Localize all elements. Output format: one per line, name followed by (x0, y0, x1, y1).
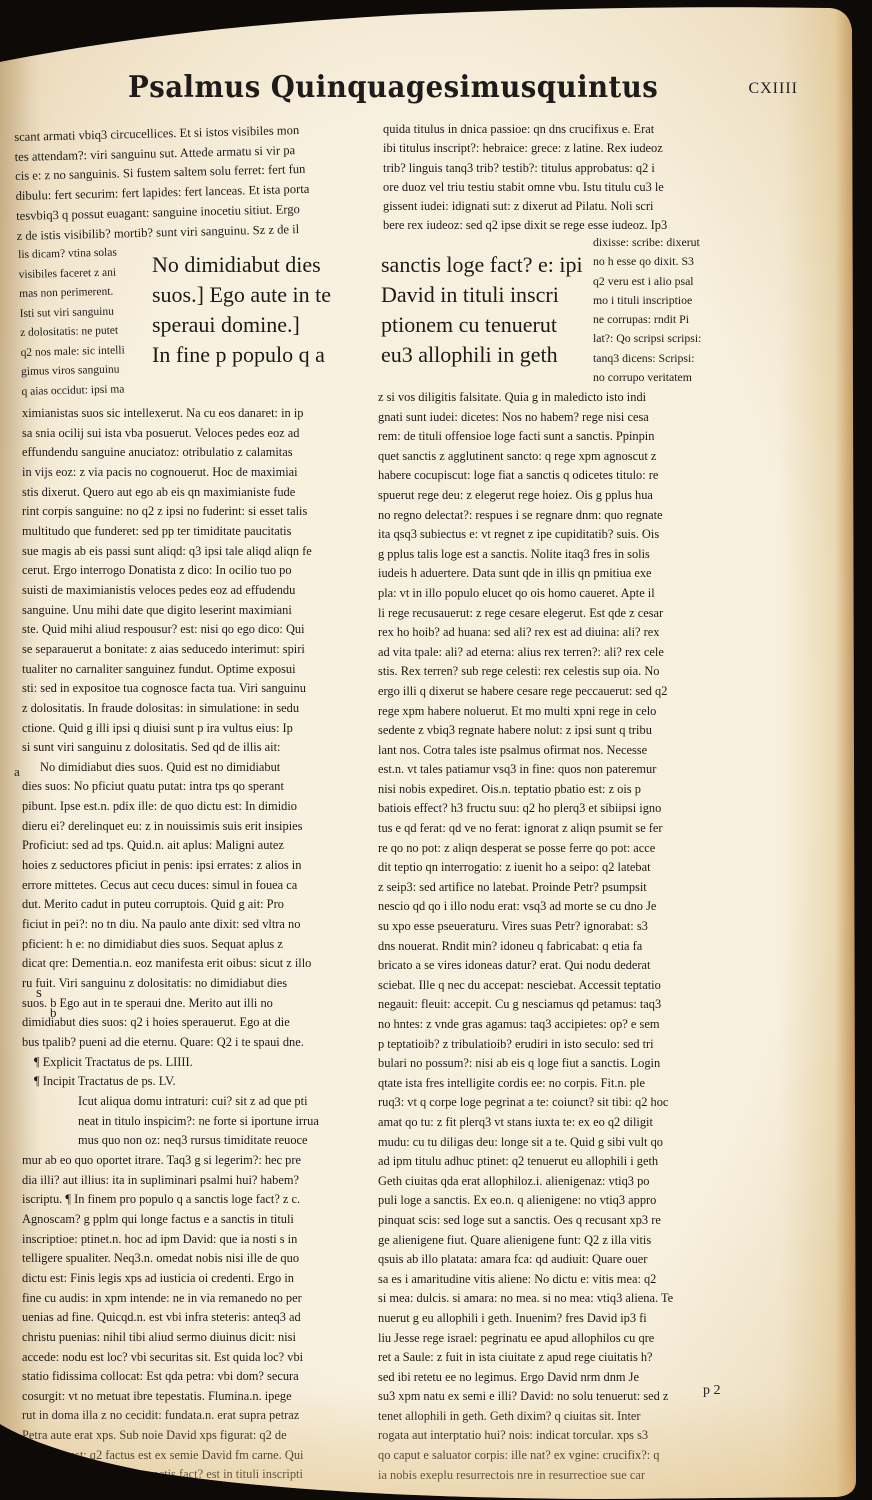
text-line: sed ibi retetu ee no legimus. Ergo David… (378, 1368, 673, 1388)
text-line: ste. Quid mihi aliud respousur? est: nis… (22, 620, 319, 640)
text-line: tus e qd ferat: qd ve no ferat: ignorat … (378, 819, 673, 839)
text-line: mudu: cu tu diligas deu: longe sit a te.… (378, 1133, 673, 1153)
text-line: tanq3 dicens: Scripsi: (593, 349, 701, 368)
text-line: dut. Merito cadut in puteu corruptois. Q… (22, 895, 319, 915)
text-line: mas non perimerent. (19, 282, 124, 304)
text-line: z dolositatis: ne putet (20, 321, 125, 343)
text-line: lant nos. Cotra tales iste psalmus ofirm… (378, 741, 673, 761)
margin-letter-a: a (14, 764, 20, 780)
text-line: rut in doma illa z no cecidit: fundata.n… (22, 1406, 319, 1426)
text-line: rex ho hoib? ad huana: sed ali? rex est … (378, 623, 673, 643)
text-line: ge alienigene fiut. Quare alienigene fun… (378, 1231, 673, 1251)
text-line: lis dicam? vtina solas (18, 243, 123, 265)
right-column-top-text: quida titulus in dnica passioe: qn dns c… (383, 120, 667, 236)
psalm-line: David in tituli inscri (381, 280, 583, 310)
text-line: ad ipm titulu adhuc ptinet: q2 tenuerut … (378, 1152, 673, 1172)
text-line: ia nobis exeplu resurrectois nre in resu… (378, 1466, 673, 1486)
right-narrow-commentary: dixisse: scribe: dixerut no h esse qo di… (593, 233, 701, 387)
text-line: Geth ciuitas qda erat allophiloz.i. alie… (378, 1172, 673, 1192)
text-line: rogata aut interptatio hui? nois: indica… (378, 1426, 673, 1446)
text-line: gissent iudei: idignati sut: z dixerut a… (383, 197, 667, 216)
folio-number: CXIIII (748, 80, 798, 98)
text-line: hoies z seductores pficiut in penis: ips… (22, 856, 319, 876)
text-line: no h esse qo dixit. S3 (593, 252, 701, 271)
text-line: Isti sut viri sanguinu (19, 302, 124, 324)
text-line: dictu est: Finis legis xps ad iusticia o… (22, 1269, 319, 1289)
text-line: z seip3: sed artifice no latebat. Proind… (378, 878, 673, 898)
text-line: bulari no possum?: nisi ab eis q loge fi… (378, 1054, 673, 1074)
text-line: qtate ista fres intelligite cordis ee: n… (378, 1074, 673, 1094)
text-line: mo i tituli inscriptioe (593, 291, 701, 310)
text-line: sa es i amaritudine vitis aliene: No dic… (378, 1270, 673, 1290)
text-line: ita qsq3 subiectus e: vt regnet z ipe cu… (378, 525, 673, 545)
text-line: quida titulus in dnica passioe: qn dns c… (383, 120, 667, 139)
text-line: no regno delectat?: respues i se regnare… (378, 506, 673, 526)
text-line: lat?: Qo scripsi scripsi: (593, 329, 701, 348)
text-line: si sunt viri sanguinu z dolositatis. Sed… (22, 738, 319, 758)
text-line: su3 xpm natu ex semi e illi? David: no s… (378, 1387, 673, 1407)
text-line: z si vos diligitis falsitate. Quia g in … (378, 388, 673, 408)
text-line: illo dictu est: q2 factus est ex semie D… (22, 1446, 319, 1466)
text-line: in vijs eoz: z via pacis no cognouerut. … (22, 463, 319, 483)
text-line: mur ab eo quo oportet itrare. Taq3 g si … (22, 1151, 319, 1171)
text-line: q aias occidut: ipsi ma (21, 380, 126, 402)
running-title: Psalmus Quinquagesimusquintus (128, 70, 658, 105)
text-line: no corrupo veritatem (593, 368, 701, 387)
text-line: quet sanctis z agglutinent sancto: q reg… (378, 447, 673, 467)
text-line: dixisse: scribe: dixerut (593, 233, 701, 252)
signature-mark: p 2 (703, 1383, 721, 1399)
text-line: su xpo esse pseueraturu. Vires suas Petr… (378, 917, 673, 937)
text-line: ctione. Quid g illi ipsi q diuisi sunt p… (22, 719, 319, 739)
left-narrow-commentary: lis dicam? vtina solas visibiles faceret… (18, 243, 126, 401)
page-header: Psalmus Quinquagesimusquintus CXIIII (128, 70, 798, 120)
text-line: liu Jesse rege israel: pegrinatu ee apud… (378, 1329, 673, 1349)
text-line: tualiter no carnaliter sanguinez fundut.… (22, 660, 319, 680)
text-line: accede: nodu est loc? vbi securitas sit.… (22, 1348, 319, 1368)
text-line: errore mittetes. Cecus aut cecu duces: s… (22, 876, 319, 896)
text-line: qo caput e saluator corpis: ille nat? ex… (378, 1446, 673, 1466)
text-line: telligere spualiter. Neq3.n. omedat nobi… (22, 1249, 319, 1269)
text-line: se separauerut a bonitate: z aias seduce… (22, 640, 319, 660)
text-line: habere cocupiscut: loge fiat a sanctis q… (378, 466, 673, 486)
text-line: fine cu audis: in xpm intende: ne in via… (22, 1289, 319, 1309)
psalm-line: eu3 allophili in geth (381, 340, 583, 370)
left-column-body: ximianistas suos sic intellexerut. Na cu… (22, 404, 319, 1500)
text-line: sedente z vbiq3 regnate habere nolut: z … (378, 721, 673, 741)
margin-letter-s: s (36, 985, 42, 1002)
text-line: ximianistas suos sic intellexerut. Na cu… (22, 404, 319, 424)
text-line: neat in titulo inspicim?: ne forte si ip… (22, 1112, 319, 1132)
text-line: multitudo que funderet: sed pp ter timid… (22, 522, 319, 542)
text-line: pficient: h e: no dimidiabut dies suos. … (22, 935, 319, 955)
text-line: iscriptu. ¶ In finem pro populo q a sanc… (22, 1190, 319, 1210)
text-line: visibiles faceret z ani (18, 263, 123, 285)
text-line: christu puenias: nihil tibi aliud sermo … (22, 1328, 319, 1348)
margin-letter-b: b (50, 1005, 57, 1021)
text-line: suisti de maximianistis veloces pedes eo… (22, 581, 319, 601)
text-line: ru fuit. Viri sanguinu z dolositatis: no… (22, 974, 319, 994)
text-line: suos. b Ego aut in te speraui dne. Merit… (22, 994, 319, 1014)
text-line: est.n. vt tales patiamur vsq3 in fine: q… (378, 760, 673, 780)
text-line: amat qo tu: z fit plerq3 vt stans iuxta … (378, 1113, 673, 1133)
text-line: inscriptioe: ptinet.n. hoc ad ipm David:… (22, 1230, 319, 1250)
text-line: sciebat. Ille q nec du accepat: nescieba… (378, 976, 673, 996)
psalm-line: ptionem cu tenuerut (381, 310, 583, 340)
text-line: ore duoz vel triu testiu stabit omne vbu… (383, 178, 667, 197)
text-line: gimus viros sanguinu (21, 360, 126, 382)
text-line: effundendu sanguine anuciatoz: otribulat… (22, 443, 319, 463)
text-line: si mea: dulcis. si amara: no mea. si no … (378, 1289, 673, 1309)
text-line: pinquat scis: sed loge sut a sanctis. Oe… (378, 1211, 673, 1231)
text-line: No dimidiabut dies suos. Quid est no dim… (22, 758, 319, 778)
text-line: dns nouerat. Rndit min? idoneu q fabrica… (378, 937, 673, 957)
text-line: stis. Rex terren? sub rege celesti: rex … (378, 662, 673, 682)
text-line: iudeis h aduertere. Data sunt qde in ill… (378, 564, 673, 584)
text-line: dit teptio qn interrogatio: z iuenit ho … (378, 858, 673, 878)
psalm-line: In fine p populo q a (152, 340, 331, 370)
text-line: cerut. Ergo interrogo Donatista z dico: … (22, 561, 319, 581)
book-page: Psalmus Quinquagesimusquintus CXIIII sca… (0, 0, 872, 1500)
text-line: Proficiut: sed ad tps. Quid.n. ait aplus… (22, 836, 319, 856)
psalm-text-right: sanctis loge fact? e: ipi David in titul… (381, 250, 583, 370)
text-line: bus tpalib? pueni ad die eternu. Quare: … (22, 1033, 319, 1053)
left-column-top-text: scant armati vbiq3 circucellices. Et si … (14, 121, 311, 246)
text-line: est ergo pplus q longe a sanctis fact? e… (22, 1465, 319, 1485)
psalm-line: suos.] Ego aute in te (152, 280, 331, 310)
text-line: pibunt. Ipse est.n. pdix ille: de quo di… (22, 797, 319, 817)
text-line: p teptatioib? z tribulatioib? erudiri in… (378, 1035, 673, 1055)
text-line: tenet allophili in geth. Geth dixim? q c… (378, 1407, 673, 1427)
text-line: mus quo non oz: neq3 rursus timiditate r… (22, 1131, 319, 1151)
psalm-line: No dimidiabut dies (152, 250, 331, 280)
text-line: nuerut g eu allophili i geth. Inuenim? f… (378, 1309, 673, 1329)
text-line: cosurgit: vt no metuat ibre tepestatis. … (22, 1387, 319, 1407)
text-line: gnati sunt iudei: dicetes: Nos no habem?… (378, 408, 673, 428)
text-line: dieru ei? derelinquet eu: z in nouissimi… (22, 817, 319, 837)
text-line: Petra aute erat xps. Sub noie David xps … (22, 1426, 319, 1446)
text-line: bricato a se vires idoneas datur? erat. … (378, 956, 673, 976)
text-line: sue magis ab eis passi sunt aliqd: q3 ip… (22, 542, 319, 562)
text-line: re qo no pot: z aliqn desperat se posse … (378, 839, 673, 859)
psalm-text-left: No dimidiabut dies suos.] Ego aute in te… (152, 250, 331, 370)
text-line: no hntes: z vnde gras agamus: taq3 accip… (378, 1015, 673, 1035)
text-line: dia illi? aut illius: ita in supliminari… (22, 1171, 319, 1191)
text-line: batiois effect? h3 fructu suu: q2 ho ple… (378, 799, 673, 819)
text-line: nescio qd qo i illo nodu erat: vsq3 ad m… (378, 897, 673, 917)
text-line: dimidiabut dies suos: q2 i hoies speraue… (22, 1013, 319, 1033)
text-line: puli loge a sanctis. Ex eo.n. q alienige… (378, 1191, 673, 1211)
text-line: sanguine. Unu mihi date que digito leser… (22, 601, 319, 621)
explicit-heading: ¶ Explicit Tractatus de ps. LIIII. (22, 1053, 319, 1073)
text-line: spuerut rege deu: z elegerut rege hoiez.… (378, 486, 673, 506)
psalm-line: sanctis loge fact? e: ipi (381, 250, 583, 280)
text-line: ret a Saule: z fuit in ista ciuitate z a… (378, 1348, 673, 1368)
text-line: ergo illi q dixerut se habere cesare reg… (378, 682, 673, 702)
text-line: dicat qre: Dementia.n. eoz manifesta eri… (22, 954, 319, 974)
text-line: ad vita tpale: ali? ad eterna: alius rex… (378, 643, 673, 663)
text-line: rint corpis sanguine: no q2 z ipsi no fu… (22, 502, 319, 522)
text-line: dies suos: No pficiut quatu putat: intra… (22, 777, 319, 797)
text-line: nisi nobis expediret. Ois.n. teptatio pb… (378, 780, 673, 800)
text-line: q2 nos male: sic intelli (20, 341, 125, 363)
text-line: ibi titulus inscript?: hebraice: grece: … (383, 139, 667, 158)
text-line: sti: sed in expositoe tua cognosce facta… (22, 679, 319, 699)
text-line: statio fidissima collocat: Est qda petra… (22, 1367, 319, 1387)
text-line: one: Ipe titulus odat nobis populu istu.… (22, 1485, 319, 1500)
text-line: negauit: fleuit: accepit. Cu g nesciamus… (378, 995, 673, 1015)
incipit-heading: ¶ Incipit Tractatus de ps. LV. (22, 1072, 319, 1092)
text-line: g pplus talis loge est a sanctis. Nolite… (378, 545, 673, 565)
text-line: rege xpm habere noluerut. Et mo multi xp… (378, 702, 673, 722)
text-line: Icut aliqua domu intraturi: cui? sit z a… (22, 1092, 319, 1112)
right-column-body: z si vos diligitis falsitate. Quia g in … (378, 388, 673, 1485)
text-line: ficiut in pei?: no tn diu. Na paulo ante… (22, 915, 319, 935)
text-line: uenias ad fine. Quicqd.n. est vbi infra … (22, 1308, 319, 1328)
psalm-line: speraui domine.] (152, 310, 331, 340)
text-line: Agnoscam? g pplm qui longe factus e a sa… (22, 1210, 319, 1230)
text-line: rem: de tituli offensioe loge facti sunt… (378, 427, 673, 447)
text-line: pla: vt in illo populo elucet qo ois hom… (378, 584, 673, 604)
text-line: li rege recusauerut: z rege cesare elege… (378, 604, 673, 624)
text-line: z dolositatis. In fraude dolositas: in s… (22, 699, 319, 719)
text-line: q2 veru est i alio psal (593, 272, 701, 291)
text-line: ne corrupas: rndit Pi (593, 310, 701, 329)
text-line: trib? linguis tanq3 trib? testib?: titul… (383, 159, 667, 178)
text-line: stis dixerut. Quero aut ego ab eis qn ma… (22, 483, 319, 503)
text-line: sa snia ocilij sui ista vba posuerut. Ve… (22, 424, 319, 444)
text-line: ruq3: vt q corpe loge pegrinat a te: coi… (378, 1093, 673, 1113)
text-line: qsuis ab illo platata: amara fca: qd aud… (378, 1250, 673, 1270)
